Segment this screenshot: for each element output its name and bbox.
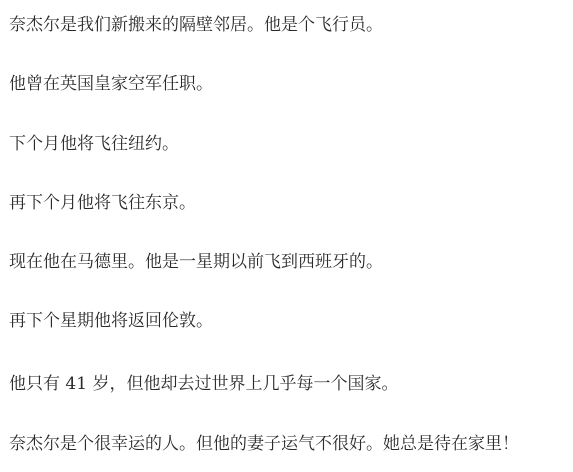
paragraph-4: 再下个月他将飞往东京。 <box>9 192 196 214</box>
paragraph-8: 奈杰尔是个很幸运的人。但他的妻子运气不很好。她总是待在家里！ <box>9 433 519 455</box>
paragraph-2: 他曾在英国皇家空军任职。 <box>9 73 213 95</box>
paragraph-5: 现在他在马德里。他是一星期以前飞到西班牙的。 <box>9 251 383 273</box>
paragraph-7: 他只有 41 岁，但他却去过世界上几乎每一个国家。 <box>9 373 398 395</box>
document-page: 奈杰尔是我们新搬来的隔壁邻居。他是个飞行员。 他曾在英国皇家空军任职。 下个月他… <box>0 0 573 472</box>
paragraph-6: 再下个星期他将返回伦敦。 <box>9 310 213 332</box>
paragraph-3: 下个月他将飞往纽约。 <box>9 133 179 155</box>
paragraph-1: 奈杰尔是我们新搬来的隔壁邻居。他是个飞行员。 <box>9 14 383 36</box>
